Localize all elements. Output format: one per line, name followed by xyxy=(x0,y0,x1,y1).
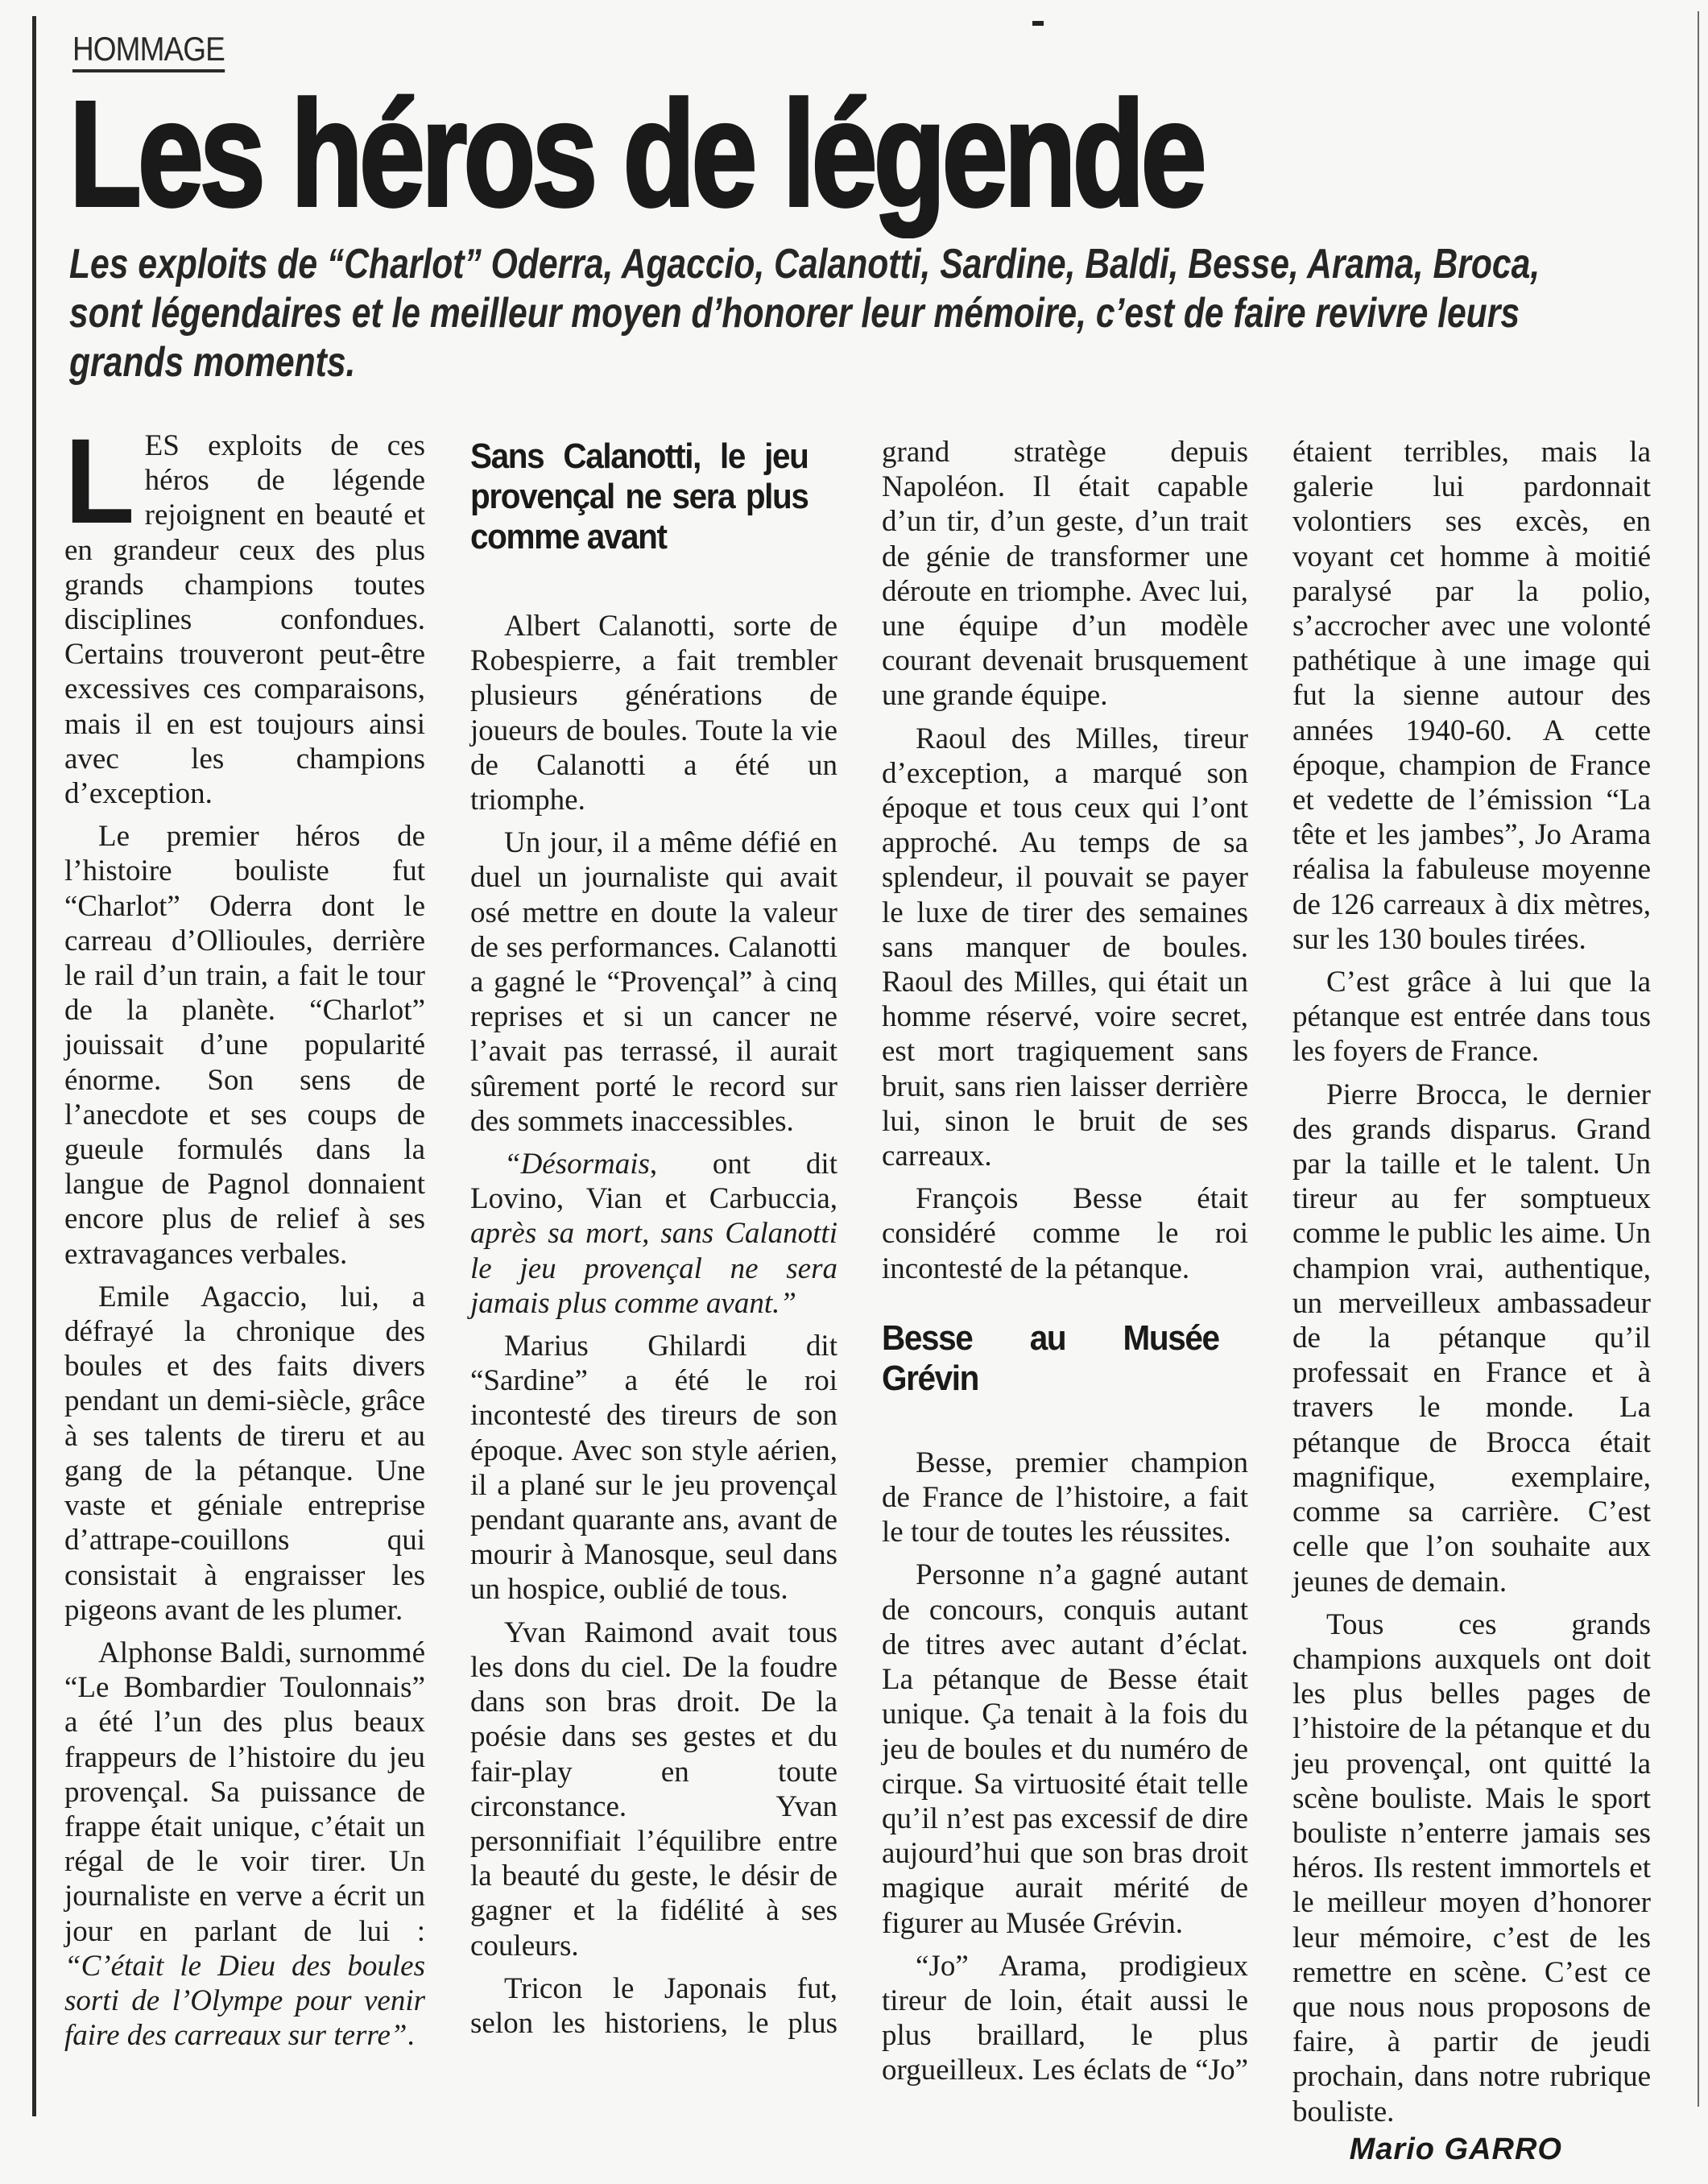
article-headline: Les héros de légende xyxy=(69,74,1203,235)
paragraph-desormais: “Désormais, ont dit Lovino, Vian et Carb… xyxy=(470,1147,837,1321)
article-deck: Les exploits de “Charlot” Oderra, Agacci… xyxy=(69,240,1582,387)
paragraph-sardine: Marius Ghilardi dit “Sardine” a été le r… xyxy=(470,1329,837,1607)
paragraph-agaccio: Emile Agaccio, lui, a défrayé la chroniq… xyxy=(64,1280,425,1628)
paragraph-conclusion: Tous ces grands champions auxquels ont d… xyxy=(1292,1607,1651,2129)
paragraph-baldi: Alphonse Baldi, surnommé “Le Bombardier … xyxy=(64,1636,425,2053)
column-1: LES exploits de ces héros de légende rej… xyxy=(64,428,425,2053)
paragraph-tricon-cont: grand stratège depuis Napoléon. Il était… xyxy=(882,435,1248,714)
left-column-rule xyxy=(32,16,36,2116)
intro-paragraph: LES exploits de ces héros de légende rej… xyxy=(64,428,425,811)
column-2: Sans Calanotti, le jeu provençal ne sera… xyxy=(470,436,837,2041)
paragraph-besse-champion: Besse, premier champion de France de l’h… xyxy=(882,1446,1248,1550)
paragraph-des-milles: Raoul des Milles, tireur d’exception, a … xyxy=(882,722,1248,1174)
paragraph-arama: “Jo” Arama, prodigieux tireur de loin, é… xyxy=(882,1949,1248,2088)
paragraph-brocca: Pierre Brocca, le dernier des grands dis… xyxy=(1292,1078,1651,1599)
author-byline: Mario GARRO xyxy=(1292,2132,1651,2167)
paragraph-raimond: Yvan Raimond avait tous les dons du ciel… xyxy=(470,1615,837,1963)
subheading-calanotti: Sans Calanotti, le jeu provençal ne sera… xyxy=(470,436,809,557)
paragraph-besse-concours: Personne n’a gagné autant de concours, c… xyxy=(882,1557,1248,1940)
print-mark xyxy=(1032,21,1044,26)
column-3: grand stratège depuis Napoléon. Il était… xyxy=(882,435,1248,2088)
paragraph-arama-cont: étaient terribles, mais la galerie lui p… xyxy=(1292,435,1651,957)
paragraph-foyers: C’est grâce à lui que la pétanque est en… xyxy=(1292,965,1651,1069)
drop-cap: L xyxy=(64,433,134,528)
column-4: étaient terribles, mais la galerie lui p… xyxy=(1292,435,1651,2167)
right-border-rule xyxy=(1698,11,1699,2107)
paragraph-besse-roi: François Besse était considéré comme le … xyxy=(882,1181,1248,1286)
paragraph-duel: Un jour, il a même défié en duel un jour… xyxy=(470,825,837,1139)
paragraph-tricon: Tricon le Japonais fut, selon les histor… xyxy=(470,1971,837,2041)
paragraph-calanotti: Albert Calanotti, sorte de Robespierre, … xyxy=(470,609,837,817)
section-kicker: HOMMAGE xyxy=(72,31,225,72)
subheading-besse: Besse au Musée Grévin xyxy=(882,1318,1219,1399)
baldi-quote: “C’était le Dieu des boules sorti de l’O… xyxy=(64,1950,425,2052)
paragraph-oderra: Le premier héros de l’histoire bouliste … xyxy=(64,819,425,1272)
